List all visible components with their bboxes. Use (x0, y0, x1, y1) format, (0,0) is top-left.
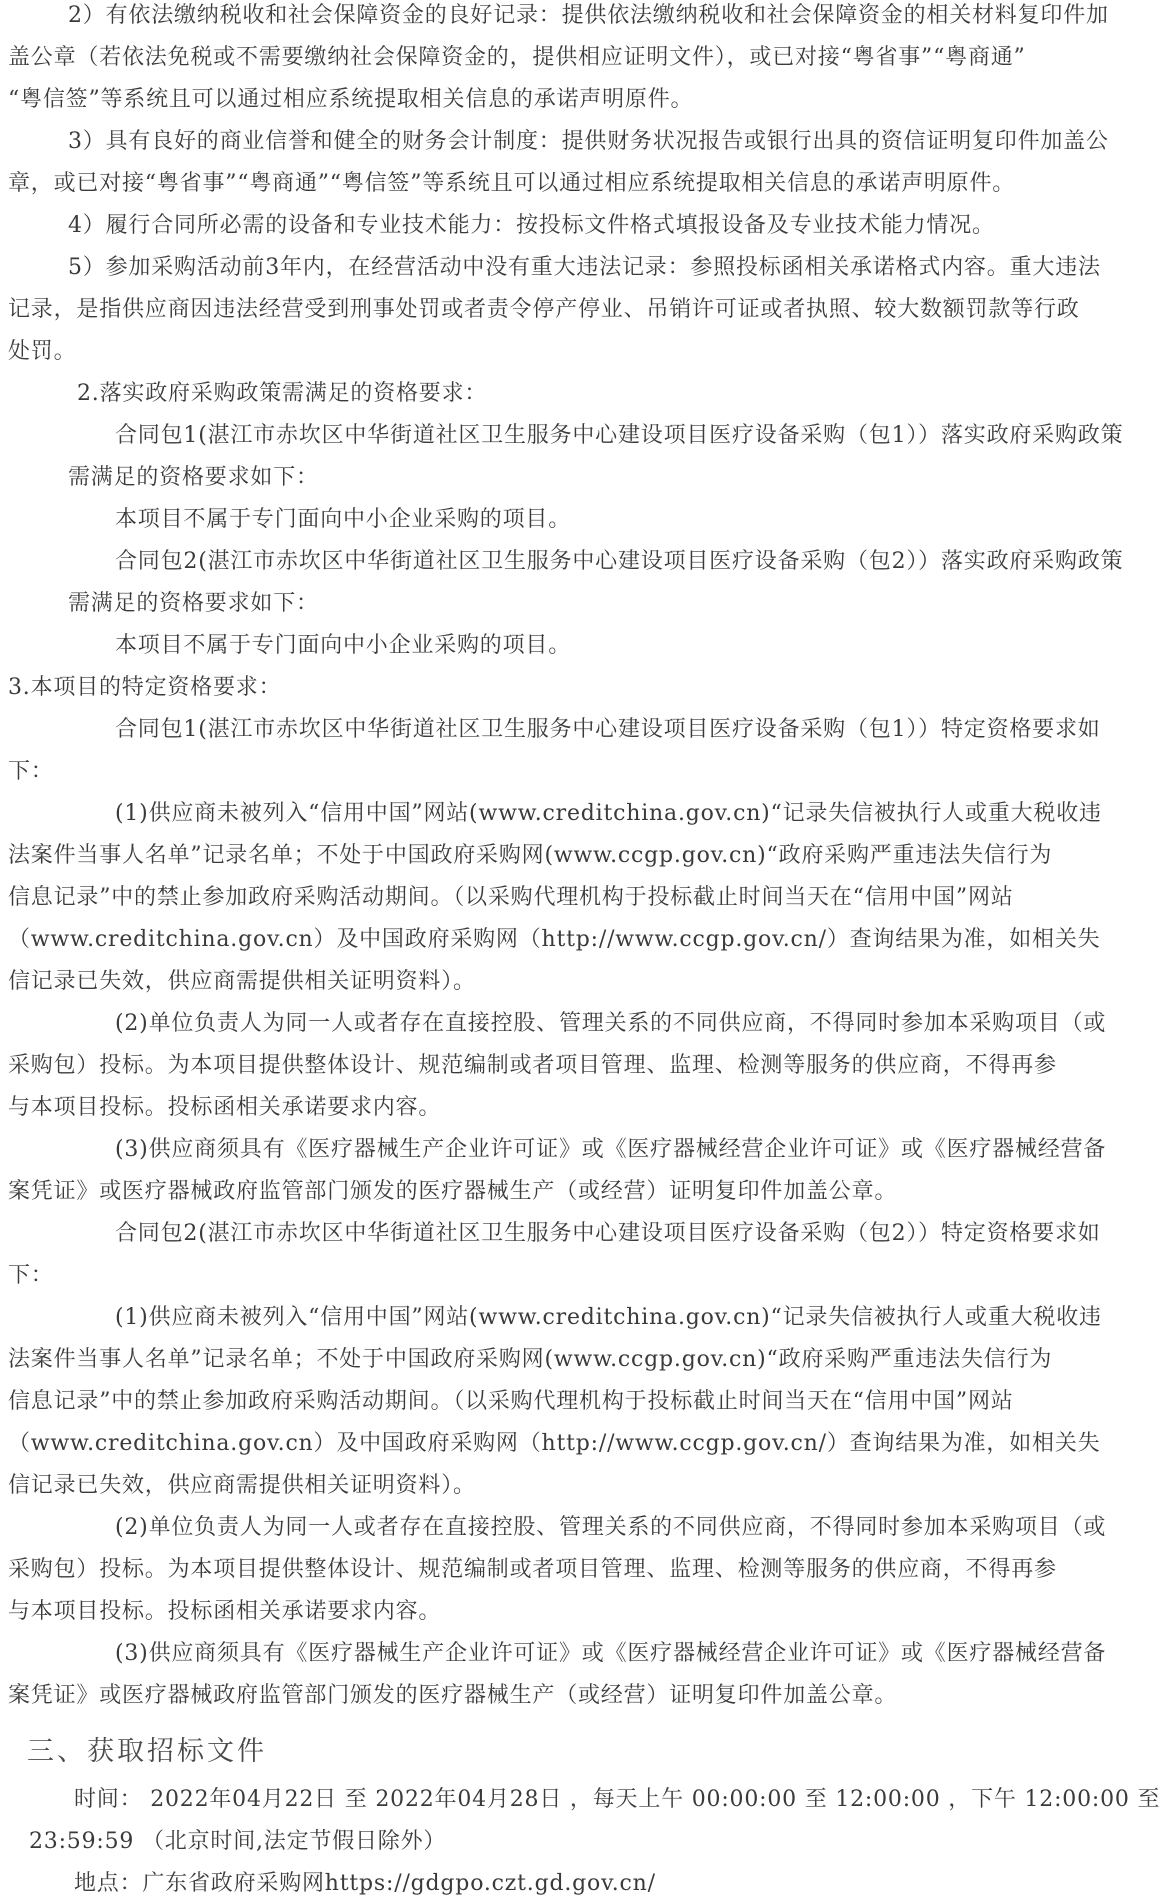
text-line: 合同包1(湛江市赤坎区中华街道社区卫生服务中心建设项目医疗设备采购（包1））特定… (0, 709, 1164, 751)
text-line: (1)供应商未被列入“信用中国”网站(www.creditchina.gov.c… (0, 1297, 1164, 1339)
text-line: 2.落实政府采购政策需满足的资格要求： (0, 373, 1164, 415)
document-body: 2）有依法缴纳税收和社会保障资金的良好记录：提供依法缴纳税收和社会保障资金的相关… (0, 0, 1164, 1898)
text-line: （www.creditchina.gov.cn）及中国政府采购网（http://… (0, 1423, 1164, 1465)
text-line: 与本项目投标。投标函相关承诺要求内容。 (0, 1087, 1164, 1129)
text-line: (3)供应商须具有《医疗器械生产企业许可证》或《医疗器械经营企业许可证》或《医疗… (0, 1633, 1164, 1675)
text-line: 信记录已失效，供应商需提供相关证明资料）。 (0, 1465, 1164, 1507)
text-line: 本项目不属于专门面向中小企业采购的项目。 (0, 625, 1164, 667)
text-line: 合同包1(湛江市赤坎区中华街道社区卫生服务中心建设项目医疗设备采购（包1））落实… (0, 415, 1164, 457)
obtain-time-line: 23:59:59 （北京时间,法定节假日除外） (0, 1821, 1164, 1863)
text-line: （www.creditchina.gov.cn）及中国政府采购网（http://… (0, 919, 1164, 961)
text-line: (1)供应商未被列入“信用中国”网站(www.creditchina.gov.c… (0, 793, 1164, 835)
text-line: 采购包）投标。为本项目提供整体设计、规范编制或者项目管理、监理、检测等服务的供应… (0, 1045, 1164, 1087)
text-line: 3）具有良好的商业信誉和健全的财务会计制度：提供财务状况报告或银行出具的资信证明… (0, 121, 1164, 163)
text-line: “粤信签”等系统且可以通过相应系统提取相关信息的承诺声明原件。 (0, 79, 1164, 121)
text-line: (2)单位负责人为同一人或者存在直接控股、管理关系的不同供应商，不得同时参加本采… (0, 1003, 1164, 1045)
text-line: 本项目不属于专门面向中小企业采购的项目。 (0, 499, 1164, 541)
text-line: 采购包）投标。为本项目提供整体设计、规范编制或者项目管理、监理、检测等服务的供应… (0, 1549, 1164, 1591)
text-line: 法案件当事人名单”记录名单；不处于中国政府采购网(www.ccgp.gov.cn… (0, 1339, 1164, 1381)
text-line: 信记录已失效，供应商需提供相关证明资料）。 (0, 961, 1164, 1003)
text-line: 2）有依法缴纳税收和社会保障资金的良好记录：提供依法缴纳税收和社会保障资金的相关… (0, 0, 1164, 37)
text-line: 处罚。 (0, 331, 1164, 373)
text-line: 合同包2(湛江市赤坎区中华街道社区卫生服务中心建设项目医疗设备采购（包2））落实… (0, 541, 1164, 583)
text-line: 章，或已对接“粤省事”“粤商通”“粤信签”等系统且可以通过相应系统提取相关信息的… (0, 163, 1164, 205)
text-line: 5）参加采购活动前3年内，在经营活动中没有重大违法记录：参照投标函相关承诺格式内… (0, 247, 1164, 289)
text-line: 4）履行合同所必需的设备和专业技术能力：按投标文件格式填报设备及专业技术能力情况… (0, 205, 1164, 247)
text-line: (3)供应商须具有《医疗器械生产企业许可证》或《医疗器械经营企业许可证》或《医疗… (0, 1129, 1164, 1171)
text-line: 需满足的资格要求如下： (0, 583, 1164, 625)
text-line: 盖公章（若依法免税或不需要缴纳社会保障资金的，提供相应证明文件），或已对接“粤省… (0, 37, 1164, 79)
text-line: 与本项目投标。投标函相关承诺要求内容。 (0, 1591, 1164, 1633)
text-line: 记录，是指供应商因违法经营受到刑事处罚或者责令停产停业、吊销许可证或者执照、较大… (0, 289, 1164, 331)
text-line: 信息记录”中的禁止参加政府采购活动期间。（以采购代理机构于投标截止时间当天在“信… (0, 877, 1164, 919)
text-line: 3.本项目的特定资格要求： (0, 667, 1164, 709)
text-line: 合同包2(湛江市赤坎区中华街道社区卫生服务中心建设项目医疗设备采购（包2））特定… (0, 1213, 1164, 1255)
text-line: (2)单位负责人为同一人或者存在直接控股、管理关系的不同供应商，不得同时参加本采… (0, 1507, 1164, 1549)
text-line: 案凭证》或医疗器械政府监管部门颁发的医疗器械生产（或经营）证明复印件加盖公章。 (0, 1171, 1164, 1213)
section-heading: 三、获取招标文件 (0, 1725, 1164, 1779)
text-line: 下： (0, 751, 1164, 793)
text-line: 法案件当事人名单”记录名单；不处于中国政府采购网(www.ccgp.gov.cn… (0, 835, 1164, 877)
obtain-place-line: 地点：广东省政府采购网https://gdgpo.czt.gd.gov.cn/ (0, 1863, 1164, 1898)
text-line: 案凭证》或医疗器械政府监管部门颁发的医疗器械生产（或经营）证明复印件加盖公章。 (0, 1675, 1164, 1717)
text-line: 下： (0, 1255, 1164, 1297)
obtain-time-line: 时间： 2022年04月22日 至 2022年04月28日 ，每天上午 00:0… (0, 1779, 1164, 1821)
text-line: 信息记录”中的禁止参加政府采购活动期间。（以采购代理机构于投标截止时间当天在“信… (0, 1381, 1164, 1423)
text-line: 需满足的资格要求如下： (0, 457, 1164, 499)
